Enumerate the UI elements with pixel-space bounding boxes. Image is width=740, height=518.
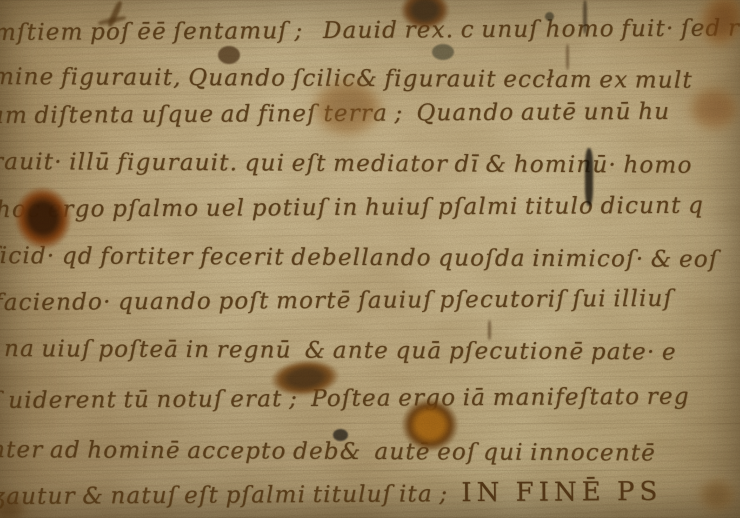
manuscript-line: na uiuſ poſteā in regnū & ante quā pſecu… <box>4 336 677 366</box>
manuscript-text-script: nter ad hominē accepto deb& autē eoſ qui… <box>0 437 656 466</box>
manuscript-line: am diſtenta uſque ad fineſ terra ; Quand… <box>0 99 670 129</box>
manuscript-text-script: ſ uiderent tū notuſ erat ; Poſtea ergo i… <box>0 384 690 414</box>
manuscript-text-script: ʒautur & natuſ eſt pſalmi tituluſ ita ; <box>0 481 461 510</box>
manuscript-text-script: am diſtenta uſque ad fineſ terra ; Quand… <box>0 99 670 129</box>
manuscript-text-script: ſicid· qd fortiter fecerit debellando qu… <box>0 243 719 273</box>
manuscript-line: ʒautur & natuſ eſt pſalmi tituluſ ita ; … <box>0 479 662 510</box>
manuscript-line: hoc ergo pſalmo uel potiuſ in huiuſ pſal… <box>0 193 704 223</box>
manuscript-line: ſicid· qd fortiter fecerit debellando qu… <box>0 243 719 273</box>
manuscript-line: ſ uiderent tū notuſ erat ; Poſtea ergo i… <box>0 384 690 414</box>
manuscript-text-script: rauit· illū figurauit. qui eſt mediator … <box>0 149 693 179</box>
manuscript-text-caps: IN FINĒ PS <box>461 477 662 508</box>
manuscript-text-script: mine figurauit, Quando ſcilic& figurauit… <box>0 64 693 94</box>
manuscript-text-layer: mſtiem poſ ēē ſentamuſ ; Dauid rex. c un… <box>0 0 740 518</box>
manuscript-line: mine figurauit, Quando ſcilic& figurauit… <box>0 64 693 94</box>
manuscript-line: mſtiem poſ ēē ſentamuſ ; Dauid rex. c un… <box>0 15 740 46</box>
manuscript-text-script: na uiuſ poſteā in regnū & ante quā pſecu… <box>4 336 677 366</box>
manuscript-text-script: mſtiem poſ ēē ſentamuſ ; Dauid rex. c un… <box>0 15 740 46</box>
manuscript-line: nter ad hominē accepto deb& autē eoſ qui… <box>0 437 656 466</box>
manuscript-text-script: faciendo· quando poſt mortē ſauiuſ pſecu… <box>0 286 673 316</box>
manuscript-line: rauit· illū figurauit. qui eſt mediator … <box>0 149 693 179</box>
manuscript-page: mſtiem poſ ēē ſentamuſ ; Dauid rex. c un… <box>0 0 740 518</box>
manuscript-text-script: hoc ergo pſalmo uel potiuſ in huiuſ pſal… <box>0 193 704 223</box>
manuscript-line: faciendo· quando poſt mortē ſauiuſ pſecu… <box>0 286 673 316</box>
